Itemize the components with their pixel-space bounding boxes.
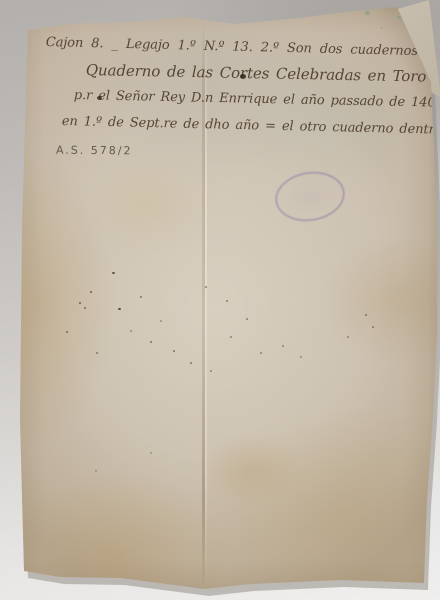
speck	[210, 370, 212, 372]
speck	[84, 307, 86, 309]
speck	[282, 345, 284, 347]
speck	[300, 356, 302, 358]
speck	[90, 291, 92, 293]
speck	[240, 74, 246, 79]
archive-shelfmark-pencil: A.S. 578/2	[56, 144, 133, 158]
speck	[246, 318, 248, 320]
speck	[150, 341, 152, 343]
speck	[97, 96, 102, 100]
speck	[205, 286, 207, 288]
speck	[173, 350, 175, 352]
speck	[190, 362, 192, 364]
speck	[79, 302, 81, 304]
speck	[260, 352, 262, 354]
speck	[160, 320, 162, 322]
speck	[96, 352, 98, 354]
speck	[227, 6, 234, 12]
speck	[140, 296, 142, 298]
speck	[347, 336, 349, 338]
speck	[150, 452, 152, 454]
speck	[365, 314, 367, 316]
speck	[372, 326, 374, 328]
speck	[230, 336, 232, 338]
speck	[137, 10, 140, 12]
speck	[226, 300, 228, 302]
speck	[95, 470, 97, 472]
speck	[365, 11, 370, 15]
speck	[66, 331, 68, 333]
speck	[130, 330, 132, 332]
photograph-backdrop: Cajon 8. _ Legajo 1.º N.º 13. 2.º Son do…	[0, 0, 440, 600]
manuscript-cover: Cajon 8. _ Legajo 1.º N.º 13. 2.º Son do…	[0, 0, 440, 600]
center-fold-highlight	[205, 22, 207, 584]
